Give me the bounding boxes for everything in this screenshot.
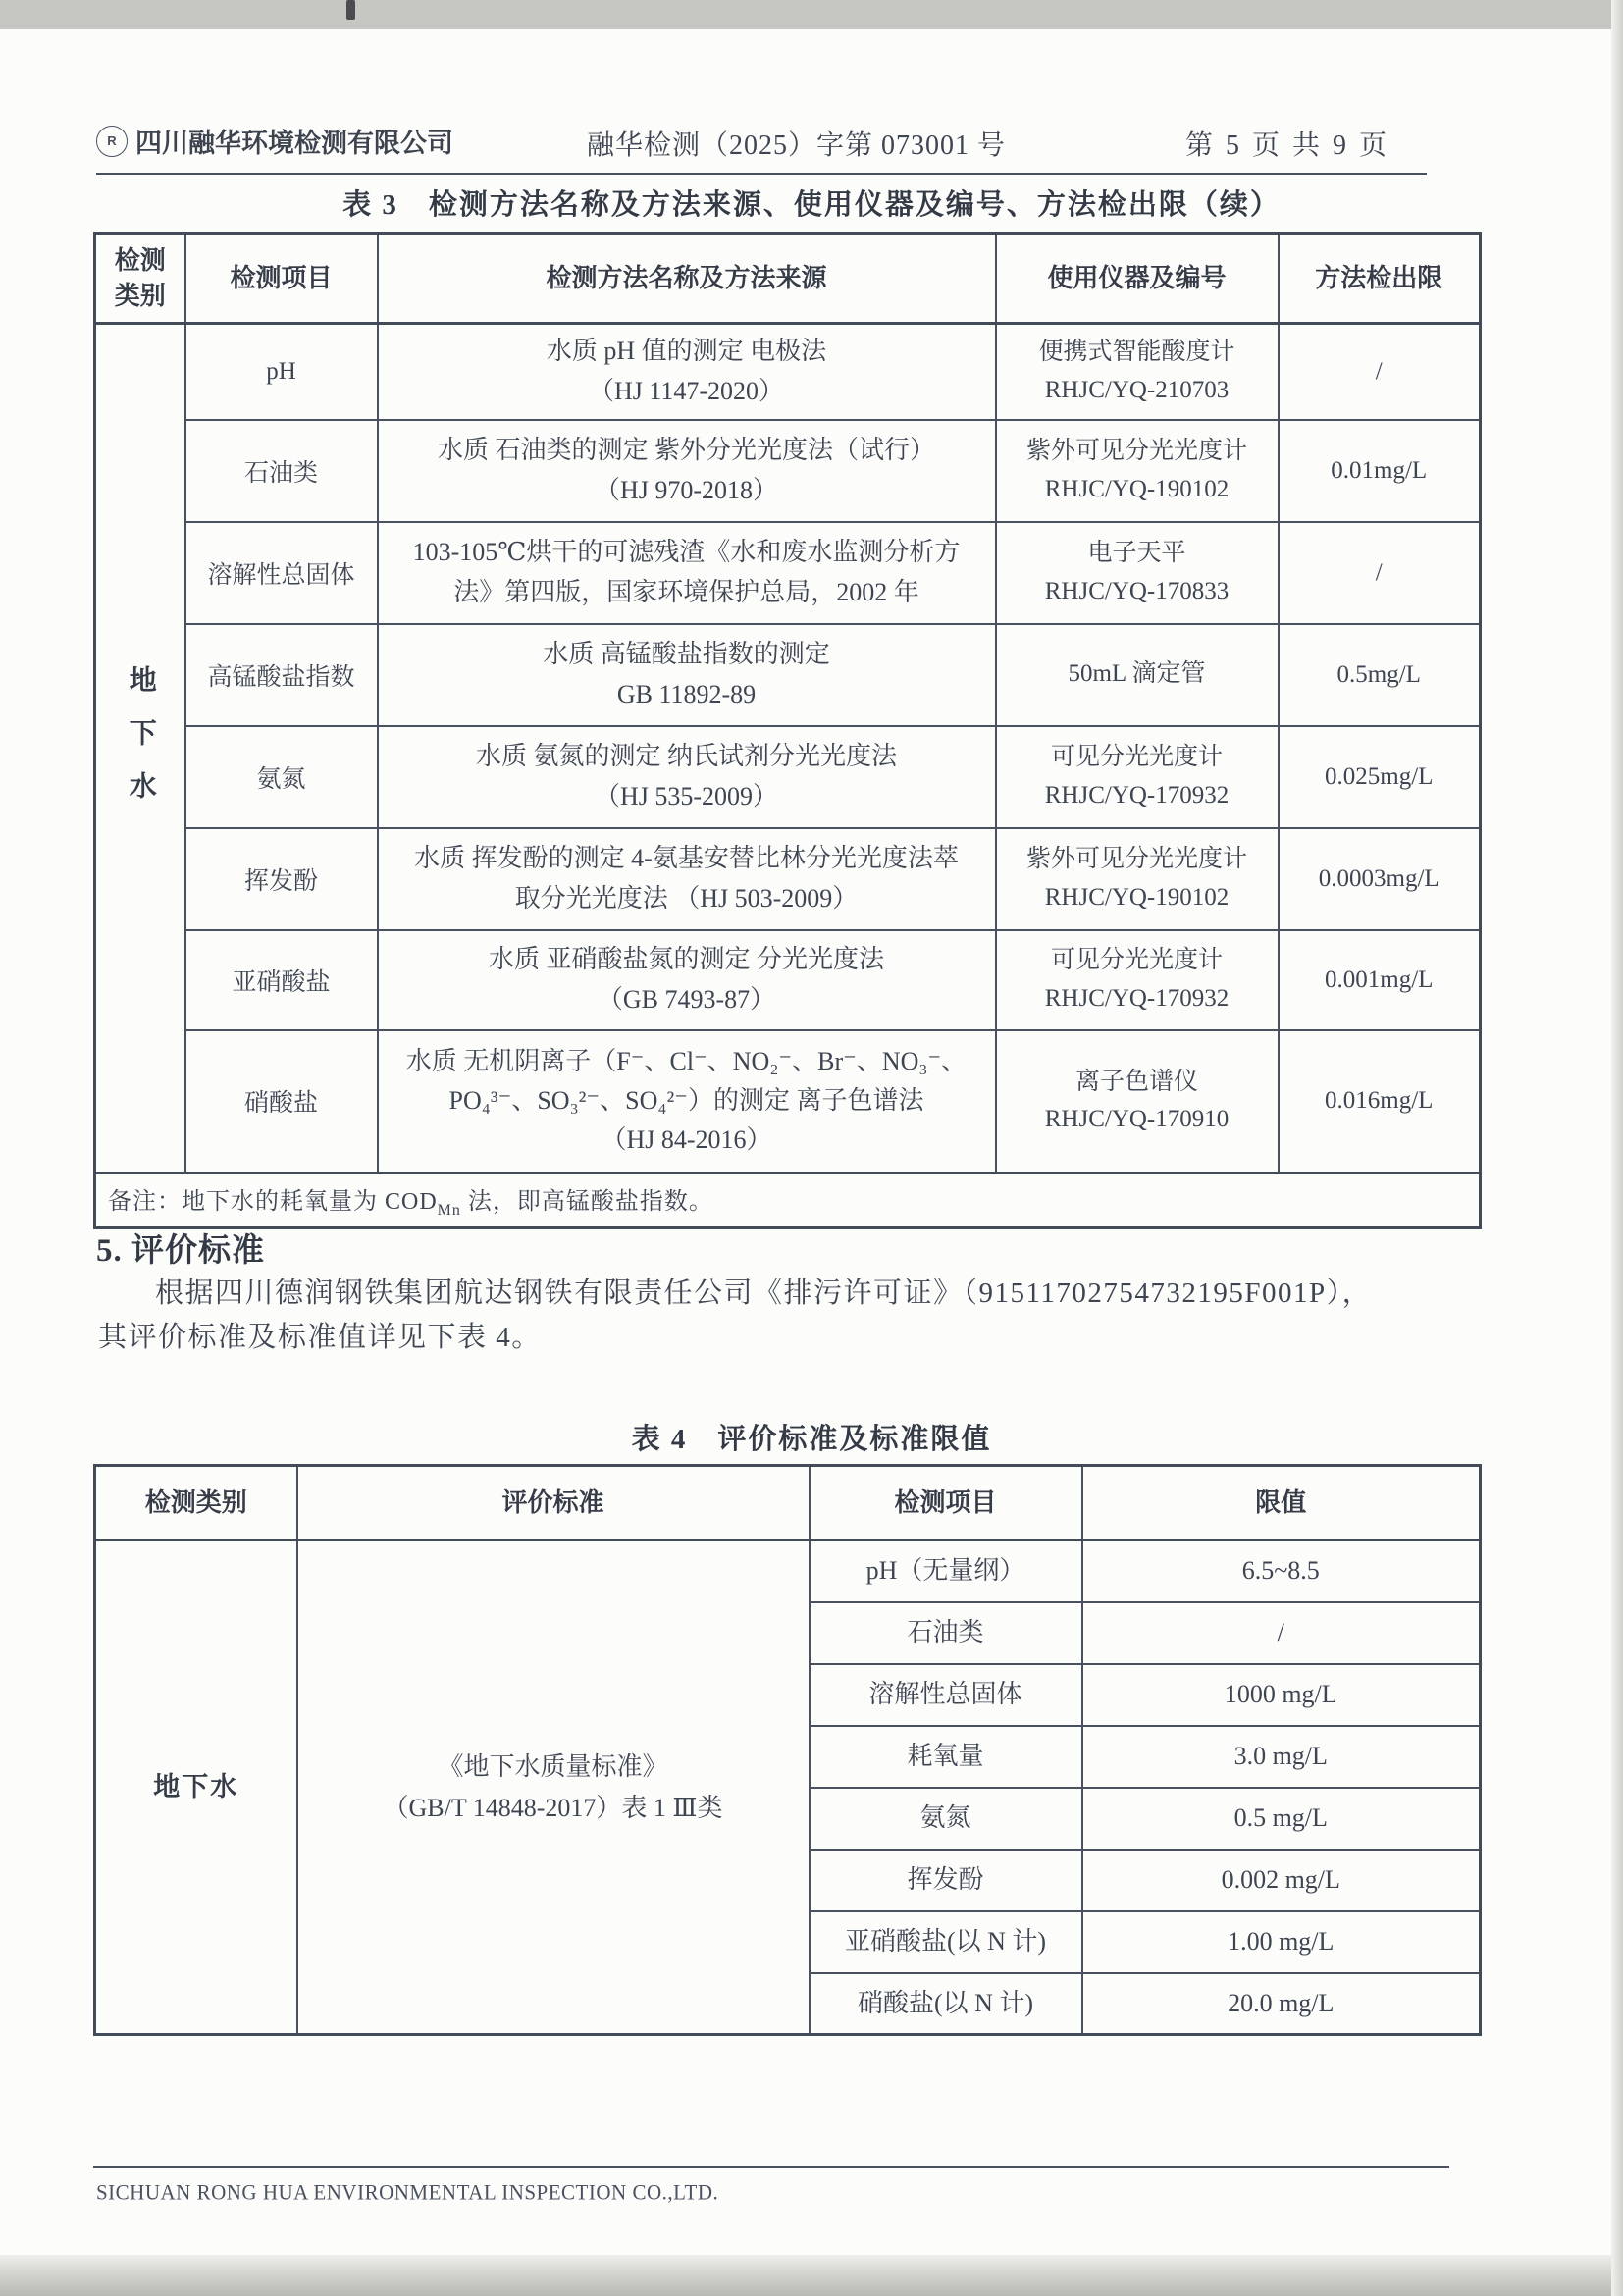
table-row: 地下水 pH 水质 pH 值的测定 电极法 （HJ 1147-2020） 便携式… <box>95 324 1481 420</box>
limit-cell: 0.0003mg/L <box>1279 828 1481 930</box>
note-suffix: 法，即高锰酸盐指数。 <box>461 1189 713 1215</box>
item-cell: 耗氧量 <box>810 1726 1082 1788</box>
table-row: 挥发酚 水质 挥发酚的测定 4-氨基安替比林分光光度法萃 取分光光度法 （HJ … <box>95 828 1481 930</box>
page-indicator: 第 5 页 共 9 页 <box>1185 124 1389 163</box>
method-cell: 水质 石油类的测定 紫外分光光度法（试行） （HJ 970-2018） <box>378 420 996 522</box>
limit-cell: 0.025mg/L <box>1279 726 1481 828</box>
note-prefix: 备注：地下水的耗氧量为 COD <box>108 1189 438 1215</box>
company-name: 四川融华环境检测有限公司 <box>135 122 453 160</box>
item-cell: 氨氮 <box>185 726 378 828</box>
table4-header-row: 检测类别 评价标准 检测项目 限值 <box>95 1466 1481 1540</box>
table3-detection-methods: 检测类别 检测项目 检测方法名称及方法来源 使用仪器及编号 方法检出限 地下水 … <box>93 232 1482 1229</box>
table4-header-category: 检测类别 <box>95 1466 297 1540</box>
limit-cell: 0.002 mg/L <box>1082 1850 1481 1911</box>
limit-cell: 1000 mg/L <box>1082 1664 1481 1726</box>
category-label: 地下水 <box>121 665 160 824</box>
footer-rule <box>93 2166 1449 2168</box>
report-number: 融华检测（2025）字第 073001 号 <box>587 124 1006 163</box>
table3-header-method: 检测方法名称及方法来源 <box>378 234 996 324</box>
item-cell: 亚硝酸盐 <box>185 930 378 1030</box>
item-cell: 高锰酸盐指数 <box>185 624 378 726</box>
scan-edge-bottom <box>0 2255 1623 2296</box>
table3-header-instrument: 使用仪器及编号 <box>996 234 1279 324</box>
instrument-cell: 电子天平 RHJC/YQ-170833 <box>996 522 1279 624</box>
scan-artifact-mark <box>346 0 355 20</box>
scan-edge-right <box>1611 0 1623 2296</box>
scanned-report-page: R 四川融华环境检测有限公司 融华检测（2025）字第 073001 号 第 5… <box>0 0 1623 2296</box>
table4-header-item: 检测项目 <box>810 1466 1082 1540</box>
limit-cell: 6.5~8.5 <box>1082 1540 1481 1602</box>
limit-cell: 3.0 mg/L <box>1082 1726 1481 1788</box>
table3-caption: 表 3 检测方法名称及方法来源、使用仪器及编号、方法检出限（续） <box>0 183 1623 223</box>
item-cell: pH（无量纲） <box>810 1540 1082 1602</box>
limit-cell: 0.5 mg/L <box>1082 1788 1481 1850</box>
table4-standard-cell: 《地下水质量标准》 （GB/T 14848-2017）表 1 Ⅲ类 <box>297 1540 810 2035</box>
table-row: 氨氮 水质 氨氮的测定 纳氏试剂分光光度法 （HJ 535-2009） 可见分光… <box>95 726 1481 828</box>
table4-category-cell: 地下水 <box>95 1540 297 2035</box>
instrument-cell: 50mL 滴定管 <box>996 624 1279 726</box>
item-cell: 溶解性总固体 <box>185 522 378 624</box>
limit-cell: / <box>1082 1602 1481 1664</box>
method-cell: 水质 无机阴离子（F⁻、Cl⁻、NO₂⁻、Br⁻、NO₃⁻、 PO₄³⁻、SO₃… <box>378 1030 996 1174</box>
item-cell: 硝酸盐 <box>185 1030 378 1174</box>
table-row: 地下水 《地下水质量标准》 （GB/T 14848-2017）表 1 Ⅲ类 pH… <box>95 1540 1481 1602</box>
company-block: R 四川融华环境检测有限公司 <box>96 122 453 160</box>
item-cell: 挥发酚 <box>185 828 378 930</box>
item-cell: 挥发酚 <box>810 1850 1082 1911</box>
table3-header-row: 检测类别 检测项目 检测方法名称及方法来源 使用仪器及编号 方法检出限 <box>95 234 1481 324</box>
section5-paragraph: 根据四川德润钢铁集团航达钢铁有限责任公司《排污许可证》（915117027547… <box>98 1272 1590 1360</box>
method-cell: 水质 亚硝酸盐氮的测定 分光光度法 （GB 7493-87） <box>378 930 996 1030</box>
item-cell: 硝酸盐(以 N 计) <box>810 1973 1082 2035</box>
method-cell: 水质 pH 值的测定 电极法 （HJ 1147-2020） <box>378 324 996 420</box>
method-cell: 水质 挥发酚的测定 4-氨基安替比林分光光度法萃 取分光光度法 （HJ 503-… <box>378 828 996 930</box>
item-cell: 石油类 <box>185 420 378 522</box>
section5-heading: 5. 评价标准 <box>96 1225 265 1271</box>
instrument-cell: 便携式智能酸度计 RHJC/YQ-210703 <box>996 324 1279 420</box>
footer-company-name: SICHUAN RONG HUA ENVIRONMENTAL INSPECTIO… <box>96 2179 718 2205</box>
table3-header-category: 检测类别 <box>95 234 185 324</box>
table3-note: 备注：地下水的耗氧量为 CODMn 法，即高锰酸盐指数。 <box>95 1174 1481 1228</box>
item-cell: 氨氮 <box>810 1788 1082 1850</box>
limit-cell: / <box>1279 522 1481 624</box>
note-subscript: Mn <box>438 1202 461 1219</box>
instrument-cell: 紫外可见分光光度计 RHJC/YQ-190102 <box>996 420 1279 522</box>
method-cell: 水质 高锰酸盐指数的测定 GB 11892-89 <box>378 624 996 726</box>
instrument-cell: 可见分光光度计 RHJC/YQ-170932 <box>996 726 1279 828</box>
table-row: 亚硝酸盐 水质 亚硝酸盐氮的测定 分光光度法 （GB 7493-87） 可见分光… <box>95 930 1481 1030</box>
limit-cell: 0.5mg/L <box>1279 624 1481 726</box>
scan-edge-top <box>0 0 1623 29</box>
item-cell: pH <box>185 324 378 420</box>
table3-header-limit: 方法检出限 <box>1279 234 1481 324</box>
item-cell: 溶解性总固体 <box>810 1664 1082 1726</box>
company-logo-icon: R <box>96 126 128 157</box>
table4-caption: 表 4 评价标准及标准限值 <box>0 1417 1623 1457</box>
table-row: 石油类 水质 石油类的测定 紫外分光光度法（试行） （HJ 970-2018） … <box>95 420 1481 522</box>
table4-header-standard: 评价标准 <box>297 1466 810 1540</box>
item-cell: 亚硝酸盐(以 N 计) <box>810 1911 1082 1973</box>
table3-header-item: 检测项目 <box>185 234 378 324</box>
method-cell: 水质 氨氮的测定 纳氏试剂分光光度法 （HJ 535-2009） <box>378 726 996 828</box>
table-row: 高锰酸盐指数 水质 高锰酸盐指数的测定 GB 11892-89 50mL 滴定管… <box>95 624 1481 726</box>
item-cell: 石油类 <box>810 1602 1082 1664</box>
table4-header-limit: 限值 <box>1082 1466 1481 1540</box>
limit-cell: 0.01mg/L <box>1279 420 1481 522</box>
instrument-cell: 紫外可见分光光度计 RHJC/YQ-190102 <box>996 828 1279 930</box>
instrument-cell: 可见分光光度计 RHJC/YQ-170932 <box>996 930 1279 1030</box>
limit-cell: 0.001mg/L <box>1279 930 1481 1030</box>
limit-cell: 20.0 mg/L <box>1082 1973 1481 2035</box>
limit-cell: 0.016mg/L <box>1279 1030 1481 1174</box>
limit-cell: 1.00 mg/L <box>1082 1911 1481 1973</box>
table-row: 溶解性总固体 103-105℃烘干的可滤残渣《水和废水监测分析方 法》第四版，国… <box>95 522 1481 624</box>
table3-category-cell: 地下水 <box>95 324 185 1174</box>
table-row: 硝酸盐 水质 无机阴离子（F⁻、Cl⁻、NO₂⁻、Br⁻、NO₃⁻、 PO₄³⁻… <box>95 1030 1481 1174</box>
table4-evaluation-standards: 检测类别 评价标准 检测项目 限值 地下水 《地下水质量标准》 （GB/T 14… <box>93 1464 1482 2036</box>
limit-cell: / <box>1279 324 1481 420</box>
instrument-cell: 离子色谱仪 RHJC/YQ-170910 <box>996 1030 1279 1174</box>
method-cell: 103-105℃烘干的可滤残渣《水和废水监测分析方 法》第四版，国家环境保护总局… <box>378 522 996 624</box>
table3-note-row: 备注：地下水的耗氧量为 CODMn 法，即高锰酸盐指数。 <box>95 1174 1481 1228</box>
page-header: R 四川融华环境检测有限公司 融华检测（2025）字第 073001 号 第 5… <box>96 116 1427 175</box>
